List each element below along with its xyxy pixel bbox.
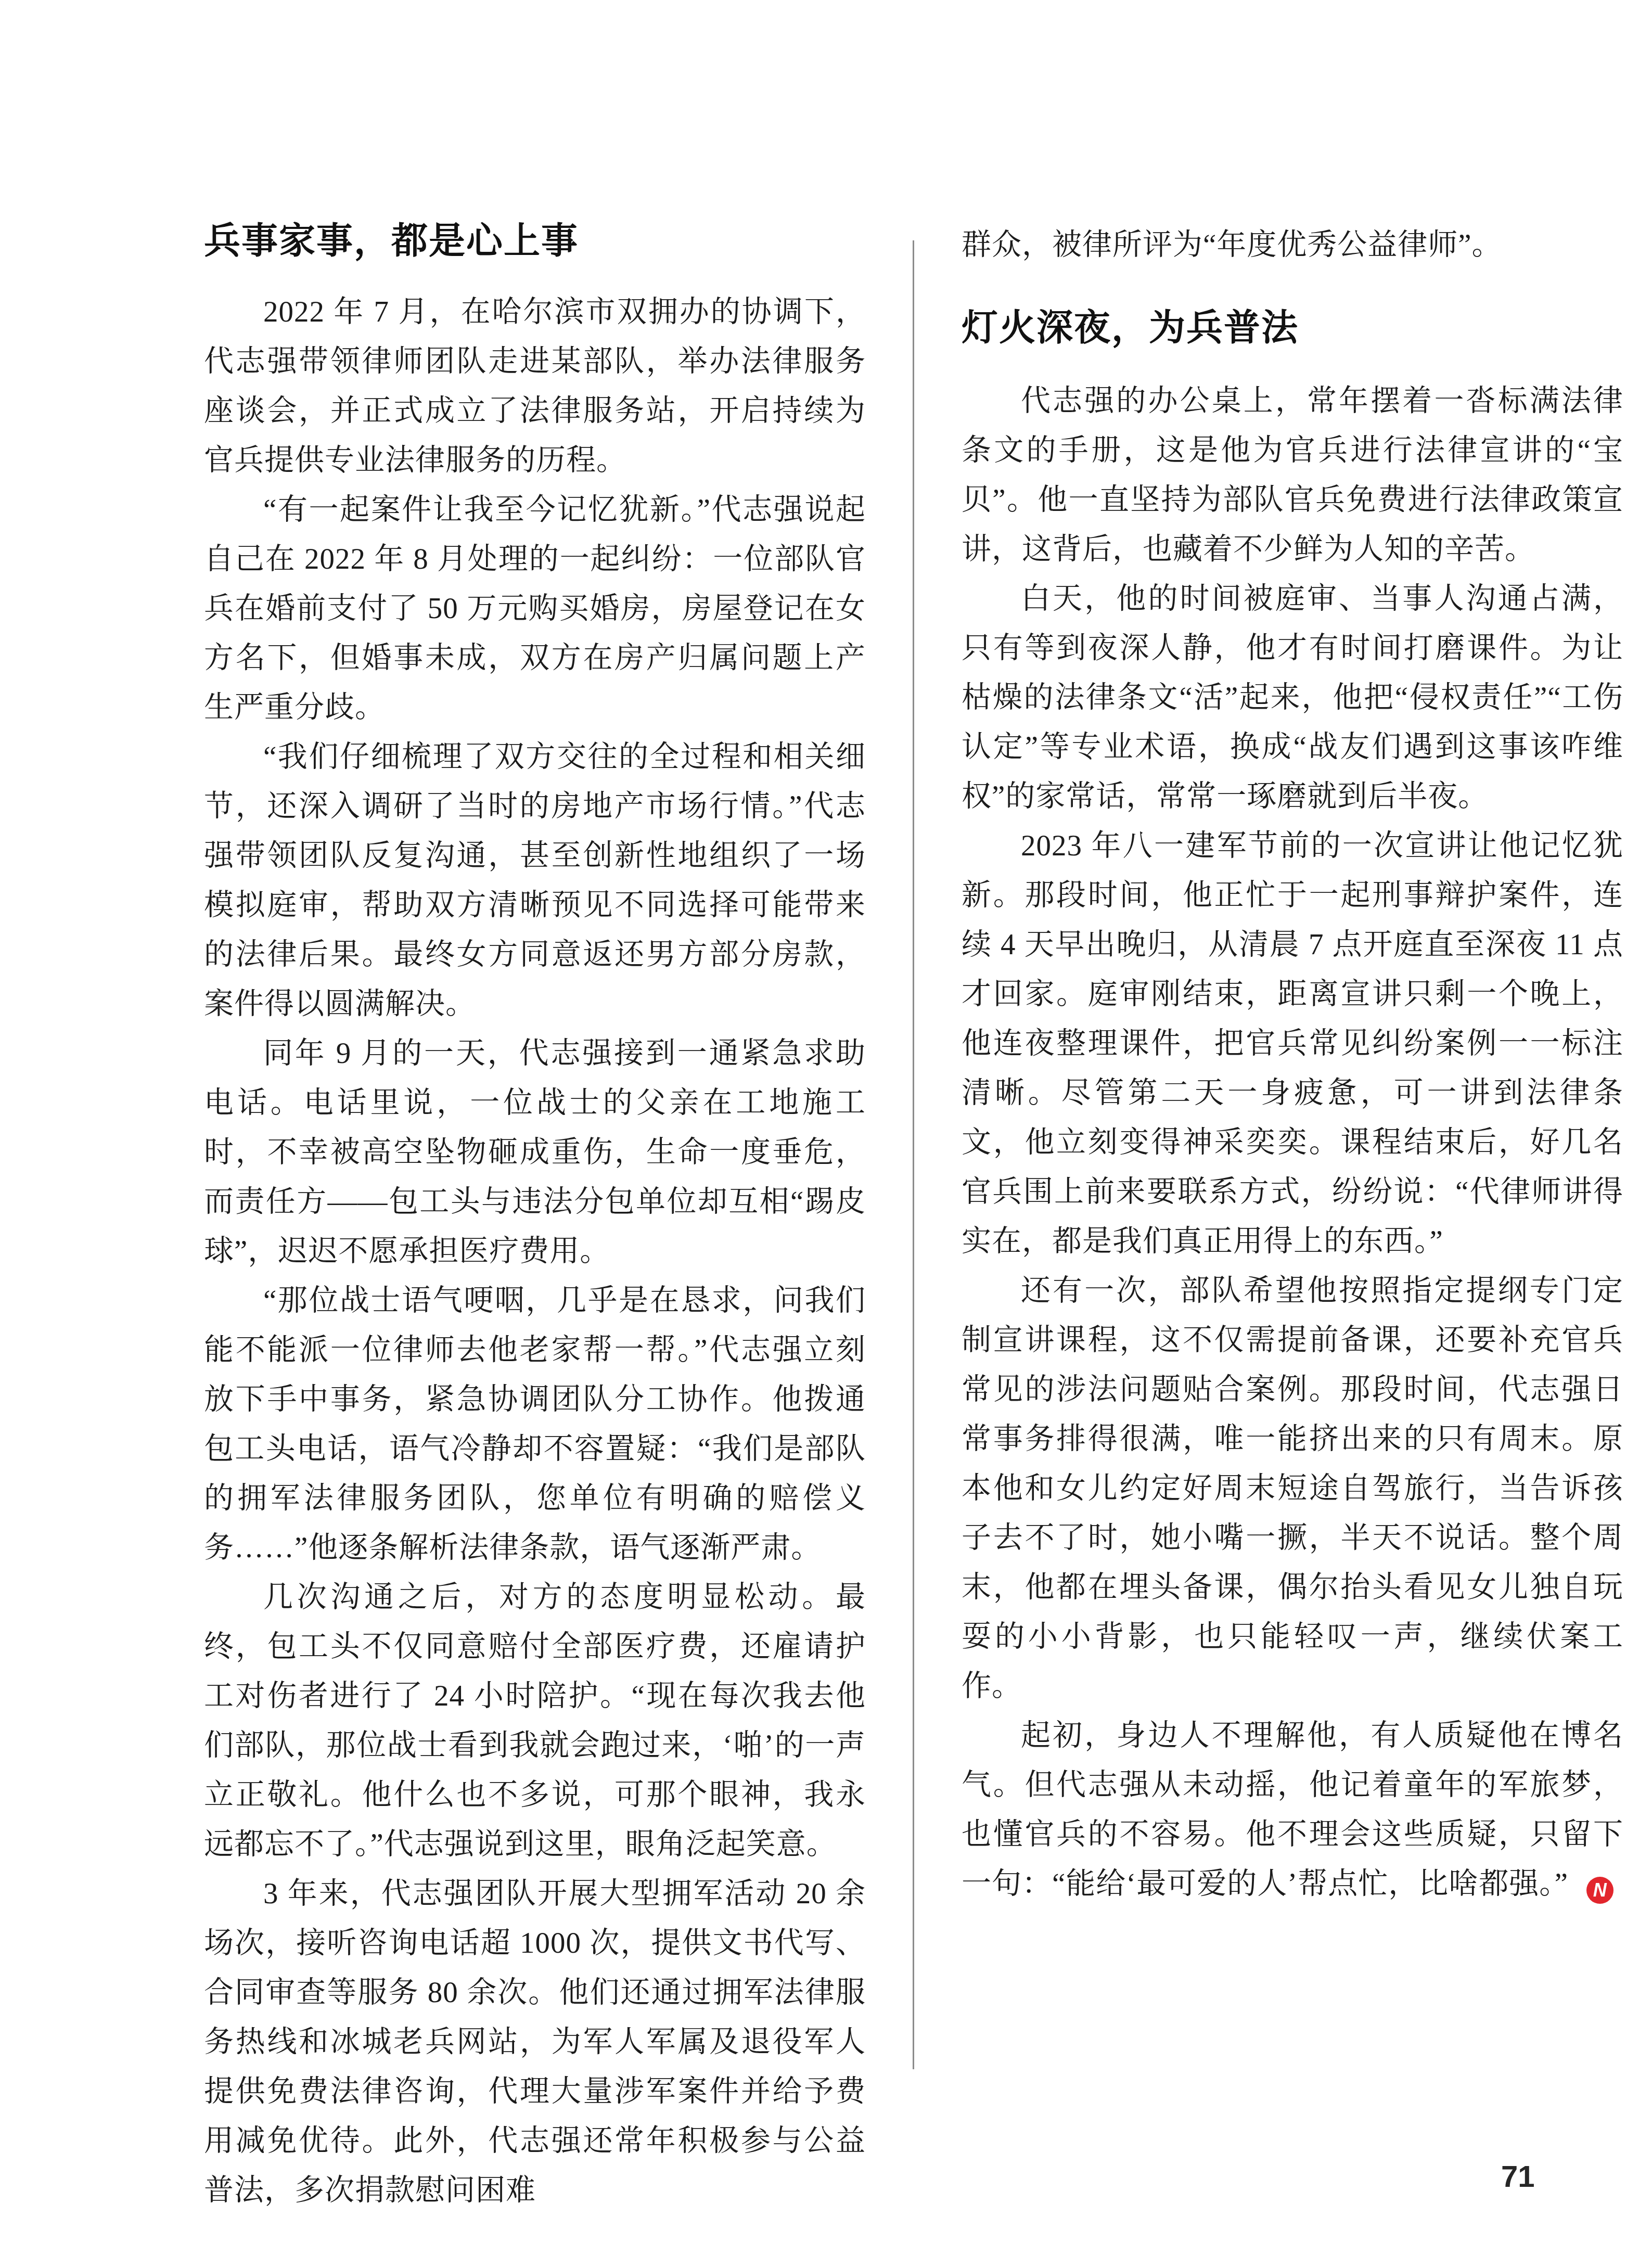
paragraph-continuation: 群众，被律所评为“年度优秀公益律师”。 — [962, 220, 1623, 270]
paragraph: “那位战士语气哽咽，几乎是在恳求，问我们能不能派一位律师去他老家帮一帮。”代志强… — [204, 1276, 866, 1572]
paragraph: “我们仔细梳理了双方交往的全过程和相关细节，还深入调研了当时的房地产市场行情。”… — [204, 732, 866, 1029]
section-heading-night-law-teaching: 灯火深夜，为兵普法 — [962, 307, 1623, 349]
paragraph: 几次沟通之后，对方的态度明显松动。最终，包工头不仅同意赔付全部医疗费，还雇请护工… — [204, 1572, 866, 1869]
section-heading-military-family: 兵事家事，都是心上事 — [204, 220, 866, 262]
column-divider — [913, 240, 914, 2069]
paragraph: 3 年来，代志强团队开展大型拥军活动 20 余场次，接听咨询电话超 1000 次… — [204, 1869, 866, 2215]
paragraph: 同年 9 月的一天，代志强接到一通紧急求助电话。电话里说，一位战士的父亲在工地施… — [204, 1029, 866, 1276]
paragraph-last: 起初，身边人不理解他，有人质疑他在博名气。但代志强从未动摇，他记着童年的军旅梦，… — [962, 1711, 1623, 1908]
end-mark-letter: N — [1593, 1879, 1607, 1901]
end-of-article-icon: N — [1586, 1877, 1613, 1904]
magazine-page: 兵事家事，都是心上事 2022 年 7 月，在哈尔滨市双拥办的协调下，代志强带领… — [0, 0, 1652, 2242]
paragraph: 还有一次，部队希望他按照指定提纲专门定制宣讲课程，这不仅需提前备课，还要补充官兵… — [962, 1266, 1623, 1711]
page-number: 71 — [1501, 2159, 1535, 2194]
right-column: 群众，被律所评为“年度优秀公益律师”。 灯火深夜，为兵普法 代志强的办公桌上，常… — [962, 220, 1623, 1908]
paragraph: “有一起案件让我至今记忆犹新。”代志强说起自己在 2022 年 8 月处理的一起… — [204, 485, 866, 732]
paragraph-text: 起初，身边人不理解他，有人质疑他在博名气。但代志强从未动摇，他记着童年的军旅梦，… — [962, 1719, 1623, 1900]
paragraph: 2023 年八一建军节前的一次宣讲让他记忆犹新。那段时间，他正忙于一起刑事辩护案… — [962, 821, 1623, 1266]
left-column: 兵事家事，都是心上事 2022 年 7 月，在哈尔滨市双拥办的协调下，代志强带领… — [204, 220, 866, 2215]
paragraph: 代志强的办公桌上，常年摆着一沓标满法律条文的手册，这是他为官兵进行法律宣讲的“宝… — [962, 376, 1623, 574]
paragraph: 白天，他的时间被庭审、当事人沟通占满，只有等到夜深人静，他才有时间打磨课件。为让… — [962, 574, 1623, 821]
paragraph: 2022 年 7 月，在哈尔滨市双拥办的协调下，代志强带领律师团队走进某部队，举… — [204, 287, 866, 485]
